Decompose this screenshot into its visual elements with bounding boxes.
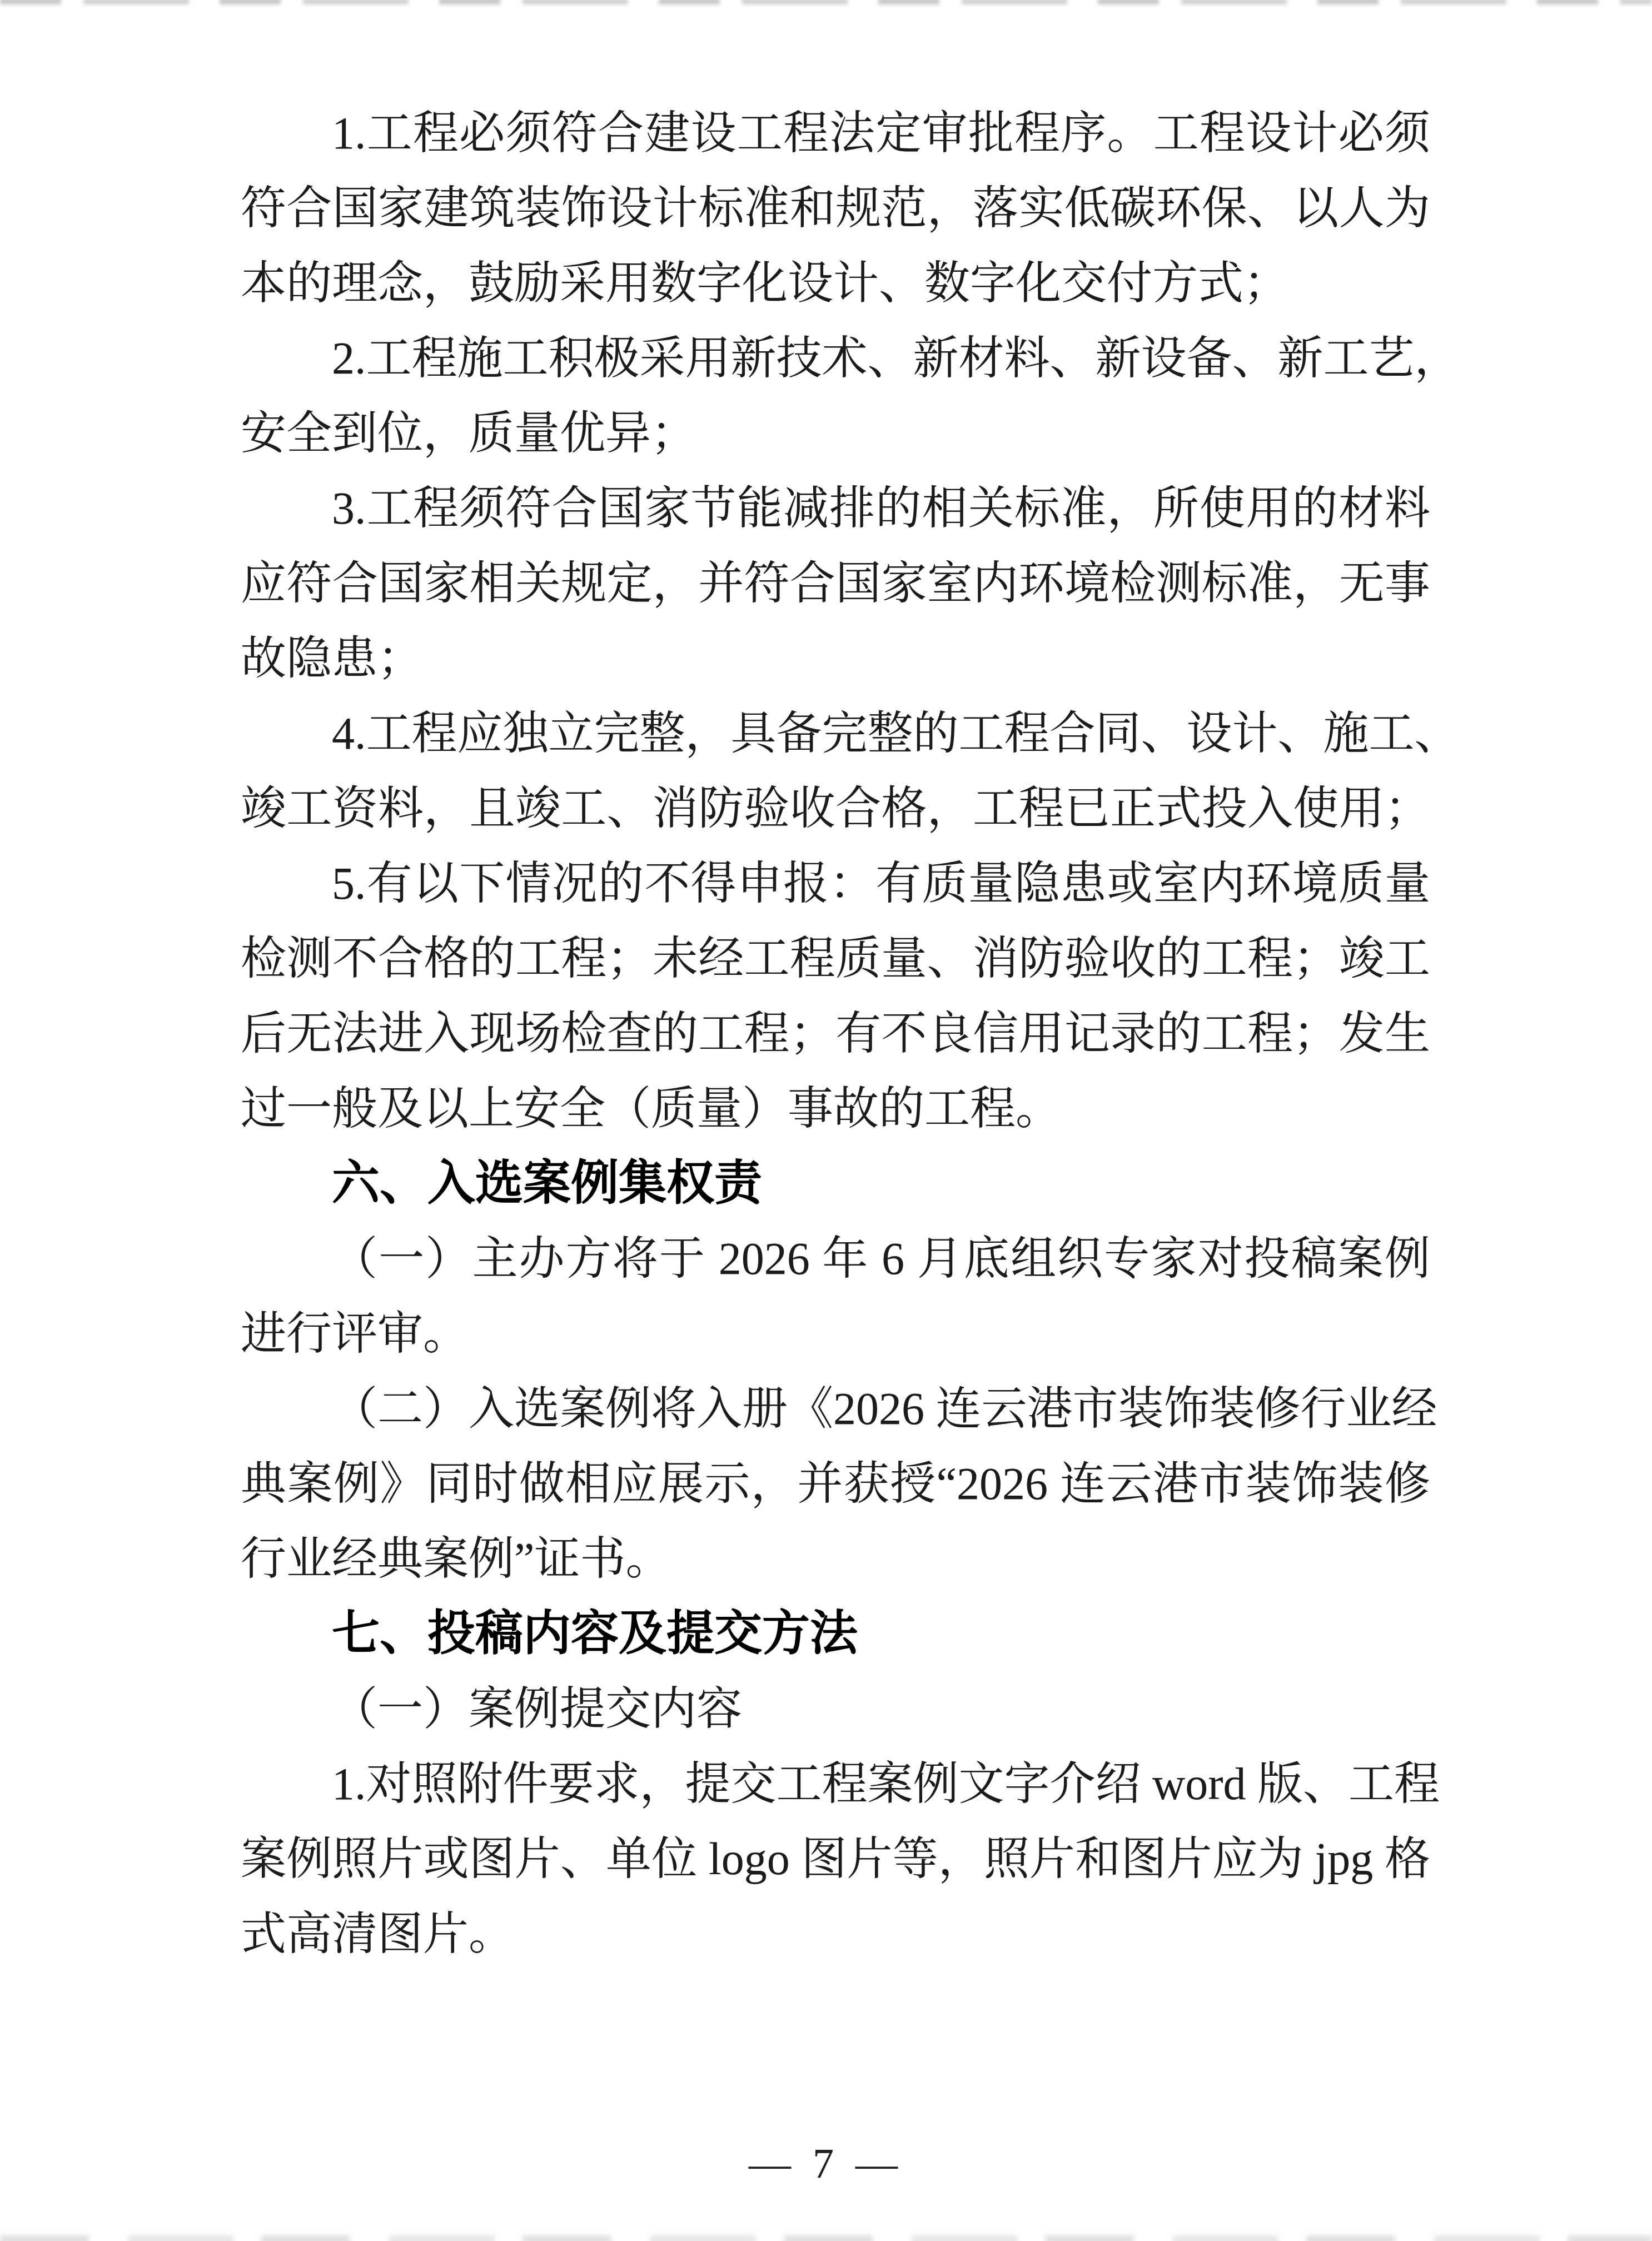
text-line: 本的理念，鼓励采用数字化设计、数字化交付方式； — [241, 246, 1430, 321]
text-line: 典案例》同时做相应展示，并获授“2026 连云港市装饰装修 — [241, 1446, 1430, 1521]
text-line: 故隐患； — [241, 621, 1430, 696]
text-line: 1.工程必须符合建设工程法定审批程序。工程设计必须 — [241, 96, 1430, 171]
section-heading: 六、入选案例集权责 — [241, 1146, 1430, 1221]
text-line: 应符合国家相关规定，并符合国家室内环境检测标准，无事 — [241, 546, 1430, 621]
text-line: 竣工资料，且竣工、消防验收合格，工程已正式投入使用； — [241, 771, 1430, 846]
scan-artifact-bottom — [0, 2235, 1652, 2241]
text-line: 行业经典案例”证书。 — [241, 1521, 1430, 1596]
text-line: 进行评审。 — [241, 1296, 1430, 1371]
text-line: （二）入选案例将入册《2026 连云港市装饰装修行业经 — [241, 1371, 1430, 1446]
text-line: 过一般及以上安全（质量）事故的工程。 — [241, 1071, 1430, 1146]
page-number: — 7 — — [0, 2132, 1652, 2196]
text-line: 符合国家建筑装饰设计标准和规范，落实低碳环保、以人为 — [241, 171, 1430, 246]
text-line: 2.工程施工积极采用新技术、新材料、新设备、新工艺， — [241, 321, 1430, 396]
text-line: 后无法进入现场检查的工程；有不良信用记录的工程；发生 — [241, 996, 1430, 1071]
text-line: 4.工程应独立完整，具备完整的工程合同、设计、施工、 — [241, 696, 1430, 771]
scan-artifact-top — [0, 0, 1652, 4]
text-line: 案例照片或图片、单位 logo 图片等，照片和图片应为 jpg 格 — [241, 1821, 1430, 1896]
text-line: 3.工程须符合国家节能减排的相关标准，所使用的材料 — [241, 471, 1430, 546]
text-line: 式高清图片。 — [241, 1896, 1430, 1971]
document-text: 1.工程必须符合建设工程法定审批程序。工程设计必须符合国家建筑装饰设计标准和规范… — [241, 96, 1430, 1971]
document-page: 1.工程必须符合建设工程法定审批程序。工程设计必须符合国家建筑装饰设计标准和规范… — [0, 0, 1652, 2241]
text-line: （一）案例提交内容 — [241, 1671, 1430, 1746]
text-line: 检测不合格的工程；未经工程质量、消防验收的工程；竣工 — [241, 921, 1430, 996]
text-line: 5.有以下情况的不得申报：有质量隐患或室内环境质量 — [241, 846, 1430, 921]
section-heading: 七、投稿内容及提交方法 — [241, 1596, 1430, 1671]
text-line: （一）主办方将于 2026 年 6 月底组织专家对投稿案例 — [241, 1221, 1430, 1296]
text-line: 1.对照附件要求，提交工程案例文字介绍 word 版、工程 — [241, 1746, 1430, 1821]
text-line: 安全到位，质量优异； — [241, 396, 1430, 471]
